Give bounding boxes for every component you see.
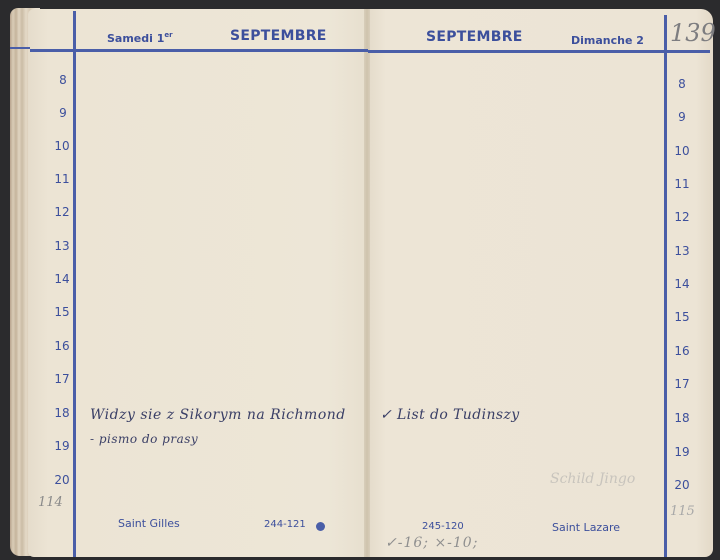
left-page <box>28 9 373 557</box>
left-hour-14: 14 <box>49 272 75 286</box>
left-hour-10: 10 <box>49 139 75 153</box>
left-saint-name: Saint Gilles <box>118 517 180 530</box>
left-hour-13: 13 <box>49 239 75 253</box>
right-page-number: 115 <box>670 504 695 519</box>
left-page-number: 114 <box>38 495 63 510</box>
left-month-title: SEPTEMBRE <box>230 28 327 44</box>
left-hour-8: 8 <box>50 73 76 87</box>
moon-phase-icon <box>316 522 325 531</box>
left-note-line-2: - pismo do prasy <box>90 432 198 446</box>
left-hour-9: 9 <box>50 106 76 120</box>
folio-number: 139 <box>670 19 716 47</box>
right-hour-column-rule <box>664 15 667 557</box>
left-hour-12: 12 <box>49 205 75 219</box>
left-day-label: Samedi 1er <box>107 31 173 45</box>
right-saint-name: Saint Lazare <box>552 521 620 534</box>
right-day-label: Dimanche 2 <box>571 34 644 47</box>
right-hour-10: 10 <box>669 144 695 158</box>
left-hour-20: 20 <box>49 473 75 487</box>
left-hour-17: 17 <box>49 372 75 386</box>
left-note-line-1: Widzy sie z Sikorym na Richmond <box>90 407 346 423</box>
open-diary: Samedi 1er SEPTEMBRE SEPTEMBRE Dimanche … <box>10 5 713 557</box>
left-hour-19: 19 <box>49 439 75 453</box>
bleedthrough-text: Schild Jingo <box>550 471 635 487</box>
right-note: ✓ List do Tudinszy <box>380 407 520 423</box>
right-page <box>366 9 713 557</box>
right-hour-8: 8 <box>669 77 695 91</box>
right-month-title: SEPTEMBRE <box>426 29 523 45</box>
right-hour-20: 20 <box>669 478 695 492</box>
right-hour-17: 17 <box>669 377 695 391</box>
left-day-count: 244-121 <box>264 519 306 530</box>
right-hour-11: 11 <box>669 177 695 191</box>
right-hour-12: 12 <box>669 210 695 224</box>
pencil-tally-note: ✓-16; ×-10; <box>385 535 478 551</box>
right-hour-15: 15 <box>669 310 695 324</box>
right-header-rule <box>368 50 710 53</box>
right-hour-14: 14 <box>669 277 695 291</box>
book-gutter <box>364 9 370 557</box>
left-header-rule <box>30 49 368 52</box>
right-day-count: 245-120 <box>422 521 464 532</box>
right-hour-18: 18 <box>669 411 695 425</box>
right-hour-9: 9 <box>669 110 695 124</box>
right-hour-16: 16 <box>669 344 695 358</box>
stack-rule-stub <box>10 47 30 49</box>
right-hour-13: 13 <box>669 244 695 258</box>
left-hour-15: 15 <box>49 305 75 319</box>
left-hour-11: 11 <box>49 172 75 186</box>
left-hour-16: 16 <box>49 339 75 353</box>
left-hour-18: 18 <box>49 406 75 420</box>
right-hour-19: 19 <box>669 445 695 459</box>
